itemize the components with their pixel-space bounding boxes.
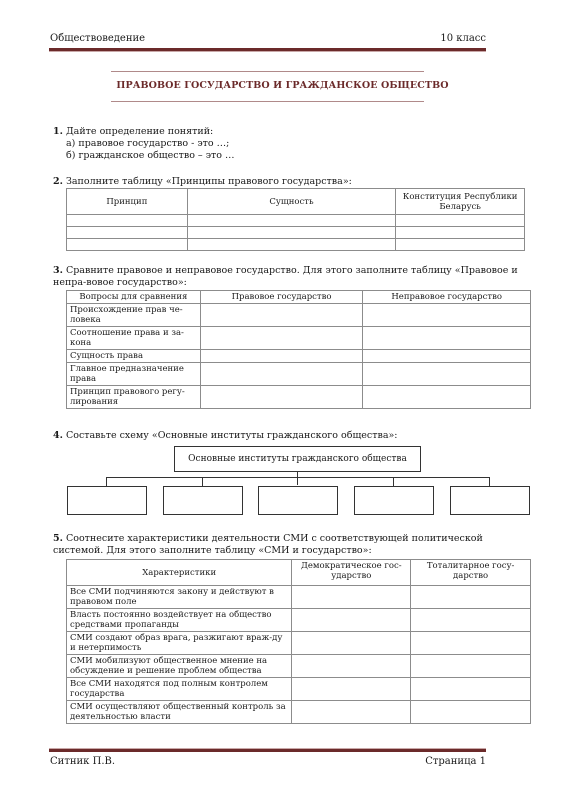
answer-cell[interactable] [411,678,531,701]
answer-cell[interactable] [292,632,411,655]
principles-table: Принцип Сущность Конституция Республики … [66,188,525,251]
task-1-number: 1. [53,126,63,137]
table-row: Принцип правового регу-лирования [67,386,531,409]
table-row [67,227,525,239]
scheme-child-box[interactable] [354,486,434,515]
connector [297,471,298,485]
row-label: СМИ мобилизуют общественное мнение на об… [67,655,292,678]
row-label: СМИ создают образ врага, разжигают враж-… [67,632,292,655]
row-label: Все СМИ находятся под полным контролем г… [67,678,292,701]
col-legal-state: Правовое государство [200,291,363,304]
task-5-number: 5. [53,533,63,544]
answer-cell[interactable] [200,363,363,386]
connector [106,477,490,478]
table-row: Главное предназначение права [67,363,531,386]
task-1-text: Дайте определение понятий: [66,126,213,137]
connector [489,477,490,486]
row-label: Все СМИ подчиняются закону и действуют в… [67,586,292,609]
media-state-table: Характеристики Демократическое гос-ударс… [66,559,531,724]
row-label: Соотношение права и за-кона [67,327,201,350]
task-4-text: Составьте схему «Основные институты граж… [66,430,398,441]
row-label: СМИ осуществляют общественный контроль з… [67,701,292,724]
answer-cell[interactable] [411,609,531,632]
col-questions: Вопросы для сравнения [67,291,201,304]
table-row: Соотношение права и за-кона [67,327,531,350]
table-row: Все СМИ подчиняются закону и действуют в… [67,586,531,609]
scheme-child-box[interactable] [258,486,338,515]
col-totalitarian-state: Тоталитарное госу-дарство [411,560,531,586]
scheme-root-box: Основные институты гражданского общества [174,446,421,472]
answer-cell[interactable] [411,655,531,678]
row-label: Главное предназначение права [67,363,201,386]
footer-page-number: Страница 1 [425,756,486,767]
task-3-number: 3. [53,265,63,276]
scheme-child-box[interactable] [450,486,530,515]
answer-cell[interactable] [292,655,411,678]
table-row: Сущность права [67,350,531,363]
row-label: Власть постоянно воздействует на обществ… [67,609,292,632]
header-subject: Обществоведение [50,33,145,44]
footer-author: Ситник П.В. [50,756,115,767]
task-4-prompt: 4. Составьте схему «Основные институты г… [53,430,523,442]
connector [106,477,107,486]
row-label: Сущность права [67,350,201,363]
header-grade: 10 класс [440,33,486,44]
col-non-legal-state: Неправовое государство [363,291,531,304]
answer-cell[interactable] [200,304,363,327]
answer-cell[interactable] [292,609,411,632]
answer-cell[interactable] [200,327,363,350]
title-rule-bottom [111,101,424,102]
answer-cell[interactable] [292,586,411,609]
task-3-text: Сравните правовое и неправовое государст… [53,265,518,288]
col-principle: Принцип [67,189,188,215]
answer-cell[interactable] [411,701,531,724]
scheme-child-box[interactable] [67,486,147,515]
col-constitution: Конституция Республики Беларусь [396,189,525,215]
task-2-prompt: 2. Заполните таблицу «Принципы правового… [53,176,523,188]
answer-cell[interactable] [292,678,411,701]
col-democratic-state: Демократическое гос-ударство [292,560,411,586]
task-1-item-b: б) гражданское общество – это … [53,150,513,162]
answer-cell[interactable] [292,701,411,724]
answer-cell[interactable] [396,215,525,227]
comparison-table: Вопросы для сравнения Правовое государст… [66,290,531,409]
answer-cell[interactable] [187,227,395,239]
table-row: Власть постоянно воздействует на обществ… [67,609,531,632]
task-5-text: Соотнесите характеристики деятельности С… [53,533,483,556]
row-label: Происхождение прав че-ловека [67,304,201,327]
task-1-item-a: а) правовое государство - это …; [53,138,513,150]
title-rule-top [111,71,424,72]
col-characteristics: Характеристики [67,560,292,586]
task-5-prompt: 5. Соотнесите характеристики деятельност… [53,533,533,557]
page-title: ПРАВОВОЕ ГОСУДАРСТВО И ГРАЖДАНСКОЕ ОБЩЕС… [0,80,565,91]
footer-divider [49,749,486,752]
row-label: Принцип правового регу-лирования [67,386,201,409]
scheme-child-box[interactable] [163,486,243,515]
table-row [67,215,525,227]
task-2-number: 2. [53,176,63,187]
answer-cell[interactable] [67,239,188,251]
task-1: 1. Дайте определение понятий: а) правово… [53,126,513,162]
answer-cell[interactable] [411,586,531,609]
answer-cell[interactable] [200,386,363,409]
table-row: СМИ создают образ врага, разжигают враж-… [67,632,531,655]
answer-cell[interactable] [187,215,395,227]
answer-cell[interactable] [67,215,188,227]
col-essence: Сущность [187,189,395,215]
answer-cell[interactable] [363,350,531,363]
table-row: Происхождение прав че-ловека [67,304,531,327]
answer-cell[interactable] [411,632,531,655]
table-row: Все СМИ находятся под полным контролем г… [67,678,531,701]
answer-cell[interactable] [67,227,188,239]
answer-cell[interactable] [363,363,531,386]
answer-cell[interactable] [396,227,525,239]
table-row [67,239,525,251]
task-2-text: Заполните таблицу «Принципы правового го… [66,176,352,187]
task-4-number: 4. [53,430,63,441]
answer-cell[interactable] [363,304,531,327]
table-row: СМИ мобилизуют общественное мнение на об… [67,655,531,678]
answer-cell[interactable] [363,386,531,409]
table-row: СМИ осуществляют общественный контроль з… [67,701,531,724]
answer-cell[interactable] [200,350,363,363]
answer-cell[interactable] [187,239,395,251]
answer-cell[interactable] [363,327,531,350]
connector [393,477,394,486]
connector [202,477,203,486]
task-3-prompt: 3. Сравните правовое и неправовое госуда… [53,265,528,289]
header-divider [49,48,486,51]
answer-cell[interactable] [396,239,525,251]
